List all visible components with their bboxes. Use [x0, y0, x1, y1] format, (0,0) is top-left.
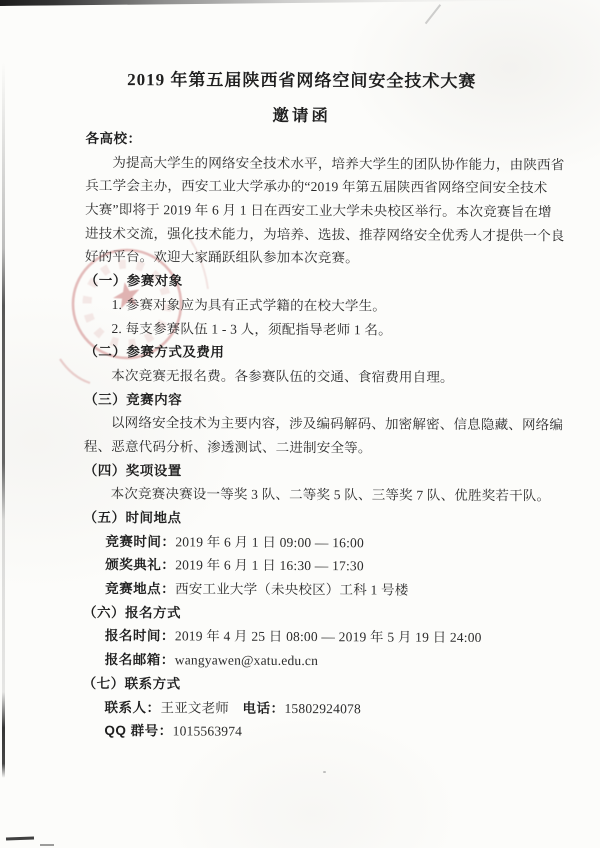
- text-line: 本次竞赛无报名费。各参赛队伍的交通、食宿费用自理。: [84, 364, 586, 390]
- line-text: 进技术交流，强化技术能力，为培养、选拔、推荐网络安全优秀人才提供一个良: [85, 226, 565, 244]
- document-content: 2019 年第五届陕西省网络空间安全技术大赛 邀请函 各高校：为提高大学生的网络…: [0, 0, 600, 848]
- line-label: 报名时间：: [105, 628, 175, 643]
- document-title: 2019 年第五届陕西省网络空间安全技术大赛: [2, 64, 600, 92]
- line-label: 报名邮箱：: [105, 652, 175, 667]
- line-text: 大赛”即将于 2019 年 6 月 1 日在西安工业大学未央校区举行。本次竞赛旨…: [85, 202, 552, 219]
- text-line: 兵工学会主办，西安工业大学承办的“2019 年第五届陕西省网络空间安全技术: [85, 174, 587, 200]
- text-line: 竞赛地点：西安工业大学（未央校区）工科 1 号楼: [83, 577, 585, 603]
- line-text: 1015563974: [173, 724, 243, 739]
- text-line: 好的平台。欢迎大家踊跃组队参加本次竞赛。: [85, 245, 587, 271]
- text-line: 各高校：: [85, 127, 587, 153]
- document-lines: 各高校：为提高大学生的网络安全技术水平，培养大学生的团队协作能力，由陕西省兵工学…: [82, 127, 587, 745]
- text-line: 颁奖典礼：2019 年 6 月 1 日 16:30 — 17:30: [83, 553, 585, 579]
- line-label: QQ 群号：: [104, 723, 172, 738]
- line-text: 2019 年 6 月 1 日 09:00 — 16:00: [175, 534, 364, 550]
- line-text: 西安工业大学（未央校区）工科 1 号楼: [175, 581, 408, 597]
- text-line: 1. 参赛对象应为具有正式学籍的在校大学生。: [85, 293, 587, 319]
- text-line: 程、恶意代码分析、渗透测试、二进制安全等。: [84, 435, 586, 461]
- line-text: 2. 每支参赛队伍 1 - 3 人，须配指导老师 1 名。: [111, 321, 391, 337]
- scanned-document-page: 2019 年第五届陕西省网络空间安全技术大赛 邀请函 各高校：为提高大学生的网络…: [0, 0, 600, 848]
- line-text: [229, 700, 243, 715]
- line-label: 竞赛地点：: [105, 581, 175, 596]
- text-line: 联系人：王亚文老师 电话：15802924078: [82, 695, 584, 721]
- line-label: （七）联系方式: [83, 676, 181, 692]
- text-line: 为提高大学生的网络安全技术水平，培养大学生的团队协作能力，由陕西省: [85, 151, 587, 177]
- line-label: （六）报名方式: [83, 605, 181, 621]
- line-text: 1. 参赛对象应为具有正式学籍的在校大学生。: [112, 297, 386, 313]
- text-line: 本次竞赛决赛设一等奖 3 队、二等奖 5 队、三等奖 7 队、优胜奖若干队。: [84, 482, 586, 508]
- line-label: （三）竞赛内容: [84, 391, 182, 407]
- line-label: （二）参赛方式及费用: [84, 344, 224, 360]
- document-subtitle: 邀请函: [2, 100, 600, 127]
- line-label: 颁奖典礼：: [105, 557, 175, 572]
- line-text: 本次竞赛决赛设一等奖 3 队、二等奖 5 队、三等奖 7 队、优胜奖若干队。: [111, 486, 551, 503]
- line-label: 联系人：: [104, 699, 160, 714]
- line-text: 15802924078: [284, 700, 361, 715]
- text-line: 进技术交流，强化技术能力，为培养、选拔、推荐网络安全优秀人才提供一个良: [85, 222, 587, 248]
- text-line: 报名邮箱：wangyawen@xatu.edu.cn: [83, 648, 585, 674]
- line-text: 本次竞赛无报名费。各参赛队伍的交通、食宿费用自理。: [111, 368, 454, 385]
- line-text: 2019 年 4 月 25 日 08:00 — 2019 年 5 月 19 日 …: [175, 629, 482, 646]
- line-label: （五）时间地点: [83, 510, 181, 526]
- text-line: 2. 每支参赛队伍 1 - 3 人，须配指导老师 1 名。: [84, 316, 586, 342]
- text-line: QQ 群号：1015563974: [82, 719, 584, 745]
- text-line: （二）参赛方式及费用: [84, 340, 586, 366]
- text-line: 以网络安全技术为主要内容，涉及编码解码、加密解密、信息隐藏、网络编: [84, 411, 586, 437]
- line-text: wangyawen@xatu.edu.cn: [175, 652, 318, 668]
- text-line: （一）参赛对象: [85, 269, 587, 295]
- text-line: （七）联系方式: [83, 672, 585, 698]
- line-label: （四）奖项设置: [84, 462, 182, 478]
- line-text: 程、恶意代码分析、渗透测试、二进制安全等。: [84, 439, 372, 456]
- line-text: 以网络安全技术为主要内容，涉及编码解码、加密解密、信息隐藏、网络编: [111, 415, 563, 432]
- text-line: 大赛”即将于 2019 年 6 月 1 日在西安工业大学未央校区举行。本次竞赛旨…: [85, 198, 587, 224]
- text-line: （四）奖项设置: [84, 458, 586, 484]
- line-label: 各高校：: [85, 131, 141, 146]
- line-label: 电话：: [242, 700, 284, 715]
- text-line: 报名时间：2019 年 4 月 25 日 08:00 — 2019 年 5 月 …: [83, 624, 585, 650]
- line-text: 为提高大学生的网络安全技术水平，培养大学生的团队协作能力，由陕西省: [112, 155, 564, 172]
- text-line: 竞赛时间：2019 年 6 月 1 日 09:00 — 16:00: [83, 530, 585, 556]
- text-line: （六）报名方式: [83, 601, 585, 627]
- line-label: 竞赛时间：: [105, 534, 175, 549]
- line-text: 2019 年 6 月 1 日 16:30 — 17:30: [175, 558, 364, 574]
- text-line: （五）时间地点: [83, 506, 585, 532]
- line-text: 兵工学会主办，西安工业大学承办的“2019 年第五届陕西省网络空间安全技术: [85, 178, 547, 195]
- line-label: （一）参赛对象: [85, 273, 183, 289]
- line-text: 好的平台。欢迎大家踊跃组队参加本次竞赛。: [85, 249, 359, 265]
- line-text: 王亚文老师: [160, 700, 229, 715]
- text-line: （三）竞赛内容: [84, 387, 586, 413]
